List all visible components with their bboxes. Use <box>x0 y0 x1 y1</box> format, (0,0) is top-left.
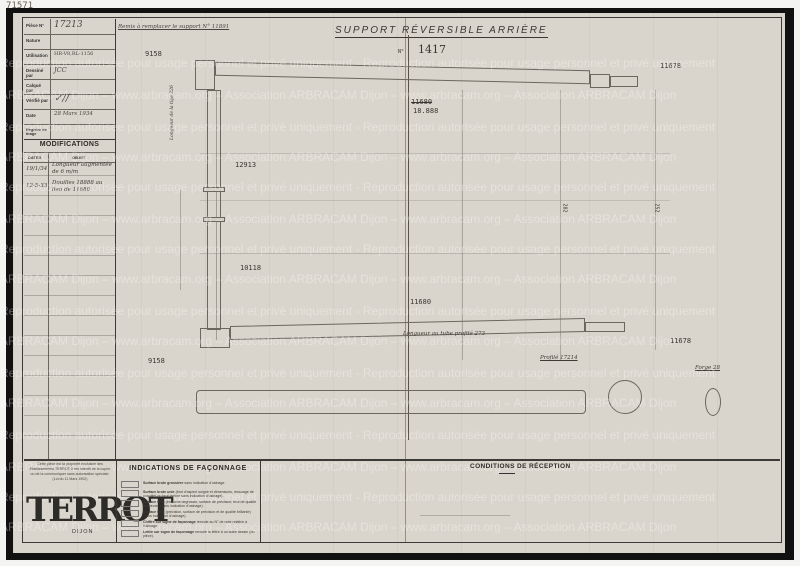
center-line <box>408 35 409 440</box>
replacement-note: Remis à remplacer le support N° 11891 <box>118 24 229 30</box>
profile-eye <box>608 380 642 414</box>
piece-number: 17213 <box>54 20 83 30</box>
modifications-column-divider <box>48 152 49 459</box>
finish-symbol-icon <box>121 510 139 517</box>
finish-symbol-icon <box>121 490 139 497</box>
fold-line <box>405 17 406 543</box>
lower-mount <box>200 328 230 348</box>
info-row-verifie: Vérifié par✓∕∕ <box>24 94 115 110</box>
drawing-title: SUPPORT RÉVERSIBLE ARRIÈRE <box>335 25 548 38</box>
mod-date-1: 19/1/34 <box>26 166 47 172</box>
terrot-city: DIJON <box>72 529 94 535</box>
profile-view <box>196 390 586 414</box>
finish-symbol-icon <box>121 500 139 507</box>
info-row-date: Date28 Mars 1934 <box>24 109 115 125</box>
mod-objet-2: Douilles 18888 au lieu de 11680 <box>52 180 114 194</box>
finish-symbol-icon <box>121 520 139 527</box>
faconnage-item: Surface brute unie (brut d'aspect soigné… <box>121 490 257 499</box>
finish-symbol-icon <box>121 481 139 488</box>
upper-arm-tip <box>610 76 638 87</box>
reception-underline <box>499 473 515 474</box>
copyright-notice: Cette pièce est la propriété exclusive d… <box>28 462 112 482</box>
info-row-calque: Calqué par <box>24 79 115 95</box>
tube-collar-1 <box>203 187 225 192</box>
corner-id: 71571 <box>6 1 33 11</box>
faconnage-title: INDICATIONS DE FAÇONNAGE <box>117 465 259 472</box>
vertical-tube <box>207 90 221 330</box>
info-row-piece: Pièce N°17213 <box>24 19 115 35</box>
mod-date-2: 12-5-33 <box>26 183 47 189</box>
info-row-utilisation: UtilisationHR-V8,RL-1156 <box>24 49 115 65</box>
terrot-logo: TERROT <box>26 490 118 530</box>
upper-mount <box>195 60 215 90</box>
faconnage-item: Lettre sur signe de façonnage renvoie la… <box>121 530 257 539</box>
handwritten-reference: 1417 <box>418 43 446 56</box>
lower-arm-tip <box>585 322 625 332</box>
faconnage-item: Chiffre sur signe de façonnage renvoie a… <box>121 520 257 529</box>
section-oval <box>705 388 721 416</box>
title-block: Pièce N°17213 Nature UtilisationHR-V8,RL… <box>24 19 116 459</box>
tube-collar-2 <box>203 217 225 222</box>
signature: ✓∕∕ <box>54 93 69 104</box>
upper-arm-end <box>590 74 610 88</box>
faconnage-item: Surface brute grossière sans indication … <box>121 481 257 490</box>
faconnage-item: Surface finie (précision, surface de pré… <box>121 510 257 519</box>
finish-symbol-icon <box>121 530 139 537</box>
faconnage-legend: INDICATIONS DE FAÇONNAGE Surface brute g… <box>116 459 261 543</box>
info-row-nature: Nature <box>24 34 115 50</box>
faconnage-item: Surface finie (ébauche degrossie, surfac… <box>121 500 257 509</box>
reception-conditions-title: CONDITIONS DE RÉCEPTION <box>470 463 571 470</box>
info-row-registre: Registre de tirage <box>24 124 115 140</box>
modifications-title: MODIFICATIONS <box>24 141 115 148</box>
mod-objet-1: Longueur augmentée de 6 m/m <box>52 162 114 176</box>
info-row-dessine: Dessiné parJCC <box>24 64 115 80</box>
